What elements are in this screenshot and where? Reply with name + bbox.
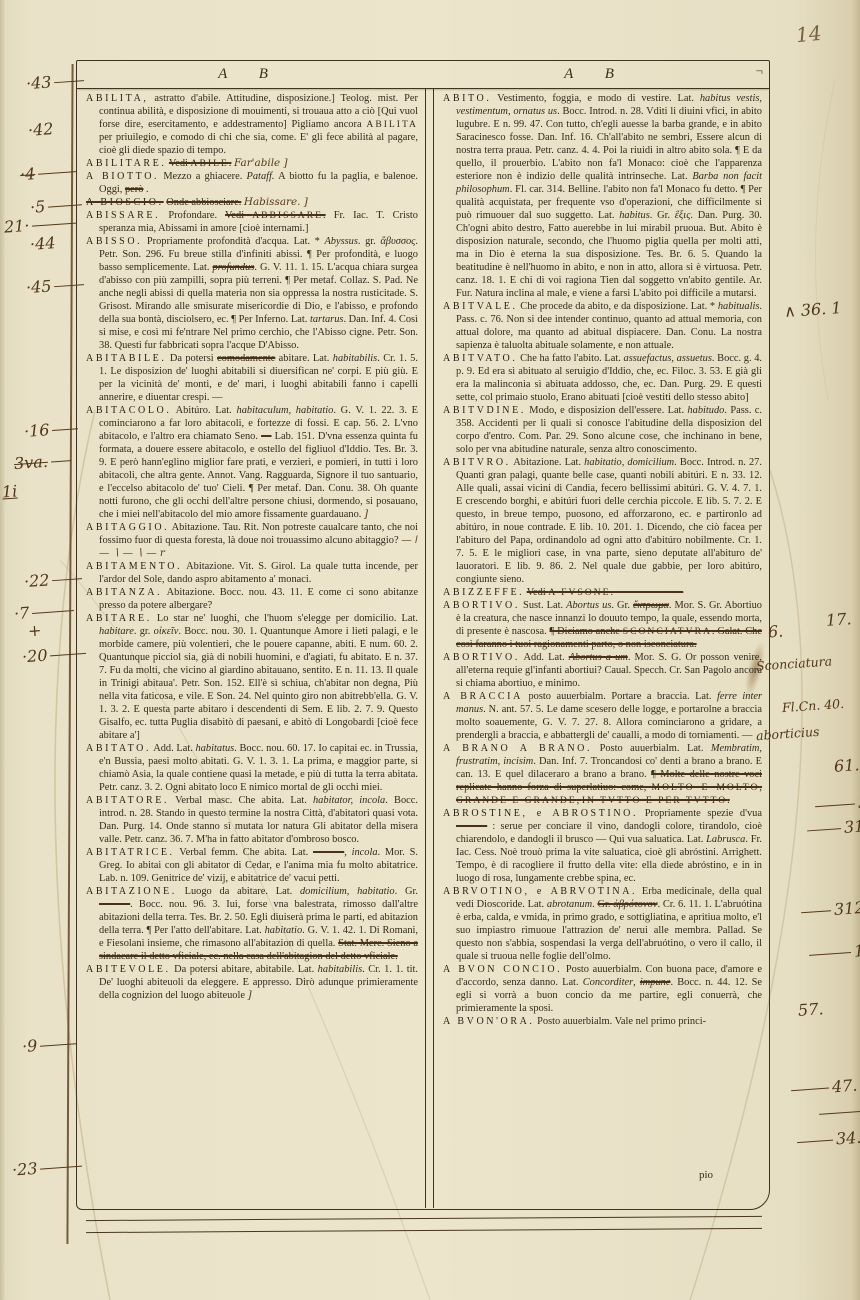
margin-annotation: 1i bbox=[1, 481, 18, 501]
entry-text: , bbox=[633, 977, 640, 988]
entry-text: Propriamente profondità d'acqua. Lat. * bbox=[142, 236, 324, 247]
page-number-annotation: 14 bbox=[795, 21, 823, 48]
entry-text: abitare. Lat. bbox=[275, 353, 332, 364]
annotation-lead-line bbox=[40, 1043, 76, 1047]
annotation-lead-line bbox=[819, 1110, 860, 1115]
entry-text: Pataff. bbox=[247, 171, 275, 182]
entry-text: habitus bbox=[619, 210, 650, 221]
entry-text: tartarus bbox=[310, 314, 344, 325]
annotation-text: ·20 bbox=[21, 646, 48, 667]
dictionary-entry: ABITABILE. Da potersi comodamente abitar… bbox=[86, 352, 418, 404]
right-column: ABITO. Vestimento, foggia, e modo di ves… bbox=[434, 89, 769, 1208]
annotation-text: 21· bbox=[3, 216, 30, 237]
entry-text: domicilium, habitatio bbox=[300, 886, 395, 897]
annotation-text: ·7 bbox=[13, 603, 30, 623]
margin-annotation: 34. bbox=[793, 1128, 860, 1152]
entry-text: . bbox=[727, 795, 730, 806]
entry-text: Abitazione. Lat. bbox=[511, 457, 584, 468]
entry-text: A FVSONE bbox=[548, 587, 610, 598]
dictionary-entry: ABITVATO. Che ha fatto l'abito. Lat. ass… bbox=[443, 352, 762, 404]
entry-headword: ABORTIVO. bbox=[443, 652, 520, 663]
entry-text: . gr. bbox=[134, 626, 154, 637]
entry-text: ἄβυσσος bbox=[380, 236, 415, 247]
entry-text: Abitúro. Lat. bbox=[171, 405, 236, 416]
entry-text: habitatio, domicilium bbox=[584, 457, 674, 468]
entry-text: habitator, incola bbox=[313, 795, 385, 806]
entry-text: Vestimento, foggia, e modo di vestire. L… bbox=[491, 93, 699, 104]
left-column: ABILITA, astratto d'abile. Attitudine, d… bbox=[77, 89, 425, 1208]
entry-headword: ABITVATO. bbox=[443, 353, 517, 364]
entry-text: ] bbox=[248, 989, 252, 1001]
entry-text: Che procede da abito, e da disposizione.… bbox=[518, 301, 718, 312]
entry-text: . —— —— —— bbox=[610, 587, 683, 598]
dictionary-entry: ABITACOLO. Abitúro. Lat. habitaculum, ha… bbox=[86, 404, 418, 521]
annotation-lead-line bbox=[33, 223, 77, 227]
margin-annotation: 3va. bbox=[13, 450, 74, 473]
entry-text: GRANDE E GRANDE bbox=[456, 795, 577, 806]
entry-text: Mezzo a ghiacere. bbox=[159, 171, 246, 182]
margin-annotation: ·44 bbox=[29, 233, 56, 254]
dictionary-entry: ABITAZIONE. Luogo da abitare. Lat. domic… bbox=[86, 885, 418, 963]
entry-text: Gr. bbox=[598, 899, 614, 910]
margin-annotation: 50. bbox=[815, 1098, 860, 1123]
annotation-text: ·16 bbox=[23, 420, 50, 441]
entry-headword: ABITAZIONE. bbox=[86, 886, 177, 897]
entry-text: impune bbox=[640, 977, 671, 988]
dictionary-entry: ABITATORE. Verbal masc. Che abita. Lat. … bbox=[86, 794, 418, 846]
entry-headword: ABITABILE. bbox=[86, 353, 166, 364]
annotation-lead-line bbox=[797, 1140, 833, 1144]
entry-headword: A BRANO A BRANO. bbox=[443, 743, 592, 754]
entry-headword: ABITARE. bbox=[86, 613, 152, 624]
dictionary-entry: ABITEVOLE. Da potersi abitare, abitabile… bbox=[86, 963, 418, 1002]
annotation-text: 1i bbox=[1, 481, 18, 501]
entry-text: . Gr. bbox=[395, 886, 418, 897]
entry-text: habitualis bbox=[718, 301, 760, 312]
annotation-lead-line bbox=[54, 284, 84, 287]
margin-annotation: 61. bbox=[833, 755, 860, 776]
entry-headword: ABORTIVO. bbox=[443, 600, 520, 611]
margin-annotation: ·42 bbox=[27, 119, 54, 140]
annotation-text: 34. bbox=[835, 1128, 860, 1149]
margin-annotation: 47. bbox=[787, 1076, 858, 1100]
entry-headword: ABITVALE. bbox=[443, 301, 518, 312]
entry-headword: ABROSTINE, e ABROSTINO. bbox=[443, 808, 638, 819]
dictionary-entry: ABITAMENTO. Abitazione. Vit. S. Girol. L… bbox=[86, 560, 418, 586]
annotation-text: 313- bbox=[843, 815, 860, 836]
entry-headword: A BVON'ORA. bbox=[443, 1016, 535, 1027]
dictionary-entry: ABRVOTINO, e ABRVOTINA. Erba medicinale,… bbox=[443, 885, 762, 963]
header-letters: A B bbox=[564, 66, 628, 83]
entry-text: . bbox=[143, 184, 148, 195]
annotation-text: aborticius bbox=[756, 724, 820, 743]
annotation-lead-line bbox=[38, 171, 76, 175]
margin-annotation: 12.4. bbox=[805, 939, 860, 964]
entry-text: ἔκτρωμα bbox=[633, 600, 669, 611]
dictionary-entry: ABORTIVO. Add. Lat. Abortus a um. Mor. S… bbox=[443, 651, 762, 690]
dictionary-entry: ABITAGGIO. Abitazione. Tau. Rit. Non pot… bbox=[86, 521, 418, 560]
entry-text: posto auuerbialm. Portare a braccia. Lat… bbox=[523, 691, 717, 702]
margin-annotation: 17. bbox=[825, 609, 852, 630]
entry-text: habitatus bbox=[196, 743, 235, 754]
annotation-text: 61. bbox=[833, 755, 860, 776]
dictionary-entry: ABITO. Vestimento, foggia, e modo di ves… bbox=[443, 92, 762, 300]
annotation-text: ·4 bbox=[19, 164, 36, 184]
dictionary-entry: A BIOSCIO. Onde abbiosciare. Habissare. … bbox=[86, 196, 418, 209]
dictionary-entry: ABITATO. Add. Lat. habitatus. Bocc. nou.… bbox=[86, 742, 418, 794]
margin-annotation: ·23 bbox=[11, 1155, 86, 1179]
entry-text: . N. ant. 57. 5. Le dame scesero delle l… bbox=[456, 704, 762, 741]
bottom-rule bbox=[86, 1216, 762, 1233]
entry-headword: ABISSO. bbox=[86, 236, 142, 247]
annotation-lead-line bbox=[41, 1166, 83, 1170]
dictionary-entry: ABITVRO. Abitazione. Lat. habitatio, dom… bbox=[443, 456, 762, 586]
entry-text: Vedi bbox=[225, 210, 252, 221]
entry-text: Verbal masc. Che abita. Lat. bbox=[169, 795, 313, 806]
margin-annotation: 312. bbox=[797, 898, 860, 922]
margin-annotation: ·9 bbox=[21, 1033, 79, 1056]
entry-headword: ABITVDINE. bbox=[443, 405, 526, 416]
dictionary-entry: ABILITARE. Vedi ABILE. Far'abile ] bbox=[86, 157, 418, 170]
dictionary-entry: ABITANZA. Abitazione. Bocc. nou. 43. 11.… bbox=[86, 586, 418, 612]
entry-text: Vedi bbox=[527, 587, 549, 598]
margin-annotation: 313- bbox=[803, 815, 860, 839]
entry-headword: A BIOTTO. bbox=[86, 171, 159, 182]
entry-text: ¶ Diciamo anche bbox=[550, 626, 623, 637]
entry-text: . Gr. bbox=[611, 600, 633, 611]
entry-headword: ABITACOLO. bbox=[86, 405, 171, 416]
annotation-lead-line bbox=[815, 803, 855, 807]
entry-text: . Bocc. nou. 30. 1. Quantunque Amore i l… bbox=[99, 626, 418, 741]
dictionary-entry: A BIOTTO. Mezzo a ghiacere. Pataff. A bi… bbox=[86, 170, 418, 196]
entry-headword: ABILITARE. bbox=[86, 158, 166, 169]
margin-annotation: ∧ 36. 1 bbox=[783, 298, 842, 321]
entry-text: per priuilegio, e comodo di chi che sia,… bbox=[99, 132, 418, 156]
annotation-lead-line bbox=[51, 653, 87, 657]
entry-text: Onde abbiosciare. bbox=[166, 197, 241, 208]
entry-headword: ABITAGGIO. bbox=[86, 522, 169, 533]
entry-text: incola bbox=[352, 847, 378, 858]
dictionary-entry: A BVON'ORA. Posto auuerbialm. Vale nel p… bbox=[443, 1015, 762, 1028]
entry-text: Posto auuerbialm. Lat. bbox=[592, 743, 711, 754]
dictionary-entry: ABILITA, astratto d'abile. Attitudine, d… bbox=[86, 92, 418, 157]
entry-text: habitudo bbox=[687, 405, 724, 416]
annotation-text: 17. bbox=[825, 609, 852, 630]
entry-headword: ABITVRO. bbox=[443, 457, 511, 468]
entry-text: . Dan. Purg. 30. Ch'ogni abito destro, F… bbox=[456, 210, 762, 299]
entry-text: ABBISSARE bbox=[252, 210, 323, 221]
annotation-lead-line bbox=[52, 428, 78, 431]
entry-text: , bbox=[759, 782, 762, 793]
entry-text: Da potersi abitare, abitabile. Lat. bbox=[171, 964, 318, 975]
entry-text: habitare bbox=[99, 626, 134, 637]
annotation-lead-line bbox=[801, 910, 831, 913]
entry-text: Che ha fatto l'abito. Lat. bbox=[517, 353, 623, 364]
entry-text: habitabilis bbox=[318, 964, 362, 975]
entry-headword: ABILITA, bbox=[86, 93, 149, 104]
entry-headword: A BRACCIA bbox=[443, 691, 523, 702]
entry-headword: ABISSARE. bbox=[86, 210, 160, 221]
entry-headword: ABITAMENTO. bbox=[86, 561, 182, 572]
annotation-lead-line bbox=[54, 80, 84, 83]
annotation-text: ·45 bbox=[25, 276, 52, 297]
annotation-text: ·43 bbox=[25, 72, 52, 93]
entry-text: Abortus us bbox=[566, 600, 611, 611]
annotation-text: 57. bbox=[797, 999, 824, 1020]
annotation-text: ·23 bbox=[11, 1159, 38, 1180]
annotation-lead-line bbox=[48, 204, 82, 207]
entry-text: MOLTO E MOLTO bbox=[652, 782, 760, 793]
entry-text: οἰκεῖν bbox=[154, 626, 179, 637]
entry-headword: A BVON CONCIO. bbox=[443, 964, 562, 975]
entry-headword: ABITANZA. bbox=[86, 587, 162, 598]
annotation-lead-line bbox=[807, 828, 841, 831]
annotation-text: + bbox=[27, 621, 42, 641]
annotation-text: ·9 bbox=[21, 1036, 38, 1056]
entry-text: Da potersi bbox=[166, 353, 217, 364]
entry-text: Labrusca bbox=[706, 834, 745, 845]
entry-text: SCONCIATVRA bbox=[623, 626, 712, 637]
annotation-text: Fl.Cn. 40. bbox=[782, 696, 845, 715]
entry-text: comodamente bbox=[217, 353, 275, 364]
annotation-text: 47. bbox=[831, 1076, 858, 1097]
entry-text: abrotanum bbox=[547, 899, 592, 910]
entry-text: ἀβρότονον bbox=[613, 899, 657, 910]
column-header-right: A B ¬ bbox=[423, 61, 769, 88]
entry-text: Vedi bbox=[169, 158, 191, 169]
entry-text: habitabilis bbox=[333, 353, 377, 364]
margin-annotation: 57. bbox=[797, 999, 824, 1020]
entry-text: ] bbox=[364, 508, 368, 520]
entry-text: habitaculum, habitatio bbox=[237, 405, 334, 416]
entry-text: Verbal femm. Che abita. Lat. bbox=[175, 847, 313, 858]
entry-text: ABILITA bbox=[366, 119, 418, 130]
entry-text: — bbox=[261, 431, 271, 442]
annotation-lead-line bbox=[51, 460, 71, 462]
entry-headword: ABIZZEFFE. bbox=[443, 587, 524, 598]
annotation-text: 312. bbox=[833, 898, 860, 919]
entry-headword: ABITATORE. bbox=[86, 795, 169, 806]
entry-headword: A BIOSCIO. bbox=[86, 197, 164, 208]
scanned-dictionary-page: { "page": { "header": "A B", "corner_mar… bbox=[0, 0, 860, 1300]
margin-annotation: 35. bbox=[811, 792, 860, 816]
entry-text: Lo star ne' luoghi, che l'huom s'elegge … bbox=[152, 613, 418, 624]
entry-text: Lab. 151. D'vna essenza quinta fu format… bbox=[99, 431, 418, 520]
entry-text: Modo, e disposizion dell'essere. Lat. bbox=[526, 405, 687, 416]
entry-text: . gr. bbox=[358, 236, 380, 247]
entry-text: Habissare. ] bbox=[244, 196, 308, 208]
dictionary-entry: ABITATRICE. Verbal femm. Che abita. Lat.… bbox=[86, 846, 418, 885]
margin-annotation: 21· bbox=[3, 212, 80, 236]
annotation-text: 12.4. bbox=[853, 939, 860, 961]
margin-annotation: + bbox=[27, 621, 42, 641]
dictionary-entry: ABITVDINE. Modo, e disposizion dell'esse… bbox=[443, 404, 762, 456]
column-divider-rule bbox=[425, 89, 434, 1208]
annotation-text: ·44 bbox=[29, 233, 56, 254]
dictionary-entry: ABISSO. Propriamente profondità d'acqua.… bbox=[86, 235, 418, 352]
annotation-text: ·42 bbox=[27, 119, 54, 140]
entry-headword: ABITATO. bbox=[86, 743, 151, 754]
entry-text: . Bocc. Introd. n. 27. Quanti gran palag… bbox=[456, 457, 762, 585]
annotation-lead-line bbox=[32, 610, 74, 614]
entry-text: . Gr. bbox=[650, 210, 675, 221]
entry-text: ――― bbox=[313, 847, 344, 858]
printed-text-frame: A B A B ¬ ABILITA, astratto d'abile. Att… bbox=[76, 60, 770, 1210]
entry-text: Posto auuerbialm. Vale nel primo princi- bbox=[535, 1016, 707, 1027]
dictionary-entry: A BRANO A BRANO. Posto auuerbialm. Lat. … bbox=[443, 742, 762, 807]
annotation-text: 6. bbox=[767, 621, 784, 641]
entry-text: Add. Lat. bbox=[151, 743, 195, 754]
entry-text: Abortus a um bbox=[569, 652, 628, 663]
catchword: pio bbox=[699, 1169, 713, 1181]
entry-text: Sust. Lat. bbox=[520, 600, 566, 611]
entry-text: Abyssus bbox=[324, 236, 357, 247]
annotation-lead-line bbox=[791, 1088, 829, 1092]
entry-text: assuefactus, assuetus bbox=[624, 353, 712, 364]
running-header: A B A B ¬ bbox=[77, 61, 769, 89]
dictionary-entry: ABORTIVO. Sust. Lat. Abortus us. Gr. ἔκτ… bbox=[443, 599, 762, 651]
text-columns: ABILITA, astratto d'abile. Attitudine, d… bbox=[77, 89, 769, 1208]
entry-text: Profondare. bbox=[160, 210, 225, 221]
corner-signature-mark: ¬ bbox=[756, 63, 763, 79]
dictionary-entry: ABISSARE. Profondare. Vedi ABBISSARE. Fr… bbox=[86, 209, 418, 235]
entry-text: ――― bbox=[456, 821, 487, 832]
margin-annotation: 6. bbox=[767, 621, 784, 641]
entry-text: Add. Lat. bbox=[520, 652, 569, 663]
entry-headword: ABITATRICE. bbox=[86, 847, 175, 858]
entry-text: IN TVTTO E PER TVTTO bbox=[582, 795, 727, 806]
column-header-left: A B bbox=[77, 61, 423, 88]
annotation-lead-line bbox=[52, 578, 82, 581]
margin-annotation: Fl.Cn. 40. bbox=[782, 696, 845, 715]
entry-text: ABILE bbox=[191, 158, 229, 169]
margin-annotation: ·16 bbox=[23, 418, 82, 441]
dictionary-entry: ABITARE. Lo star ne' luoghi, che l'huom … bbox=[86, 612, 418, 742]
entry-text: Propriamente spezie d'vua bbox=[638, 808, 762, 819]
margin-annotation: aborticius bbox=[756, 724, 820, 743]
entry-text: , bbox=[344, 847, 351, 858]
entry-text: ――― bbox=[99, 899, 130, 910]
entry-text: però bbox=[125, 184, 143, 195]
dictionary-entry: ABITVALE. Che procede da abito, e da dis… bbox=[443, 300, 762, 352]
entry-headword: ABITEVOLE. bbox=[86, 964, 171, 975]
annotation-text: ∧ 36. 1 bbox=[783, 298, 842, 321]
entry-headword: ABITO. bbox=[443, 93, 491, 104]
entry-text: profundus bbox=[213, 262, 255, 273]
dictionary-entry: ABROSTINE, e ABROSTINO. Propriamente spe… bbox=[443, 807, 762, 885]
entry-text: Concorditer bbox=[583, 977, 633, 988]
dictionary-entry: A BRACCIA posto auuerbialm. Portare a br… bbox=[443, 690, 762, 742]
annotation-lead-line bbox=[809, 952, 851, 956]
dictionary-entry: ABIZZEFFE. Vedi A FVSONE. —— —— —— bbox=[443, 586, 762, 599]
annotation-text: 3va. bbox=[13, 452, 48, 473]
entry-text: habitatio bbox=[265, 925, 303, 936]
entry-text: Far'abile ] bbox=[234, 157, 288, 169]
entry-text: Luogo da abitare. Lat. bbox=[177, 886, 300, 897]
header-letters: A B bbox=[218, 66, 282, 83]
entry-text: ἕξις bbox=[675, 210, 691, 221]
entry-headword: ABRVOTINO, e ABRVOTINA. bbox=[443, 886, 637, 897]
dictionary-entry: A BVON CONCIO. Posto auuerbialm. Con buo… bbox=[443, 963, 762, 1015]
annotation-text: ·22 bbox=[23, 570, 50, 591]
